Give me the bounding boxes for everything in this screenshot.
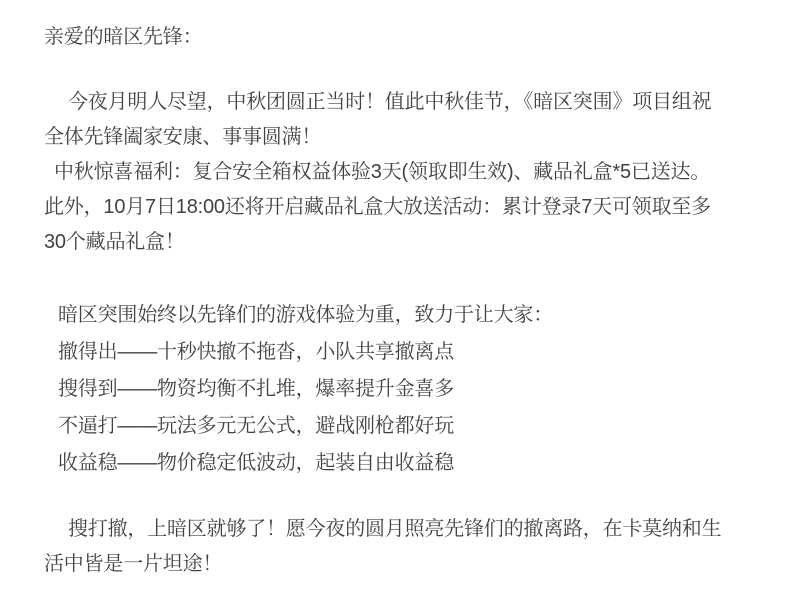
gameplay-values-list: 暗区突围始终以先锋们的游戏体验为重，致力于让大家： 撤得出——十秒快撤不拖沓，小…	[44, 297, 760, 482]
festival-greeting-paragraph: 今夜月明人尽望，中秋团圆正当时！值此中秋佳节，《暗区突围》项目组祝 全体先锋阖家…	[44, 85, 760, 260]
benefit-line: 中秋惊喜福利：复合安全箱权益体验3天(领取即生效)、藏品礼盒*5已送达。	[44, 155, 760, 190]
value-item-line: 收益稳——物价稳定低波动，起装自由收益稳	[44, 445, 760, 482]
value-item-line: 不逼打——玩法多元无公式，避战刚枪都好玩	[44, 408, 760, 445]
values-intro-line: 暗区突围始终以先锋们的游戏体验为重，致力于让大家：	[44, 297, 760, 334]
closing-line: 活中皆是一片坦途！	[44, 547, 760, 582]
salutation: 亲爱的暗区先锋：	[44, 20, 760, 55]
closing-paragraph: 搜打撤，上暗区就够了！愿今夜的圆月照亮先锋们的撤离路，在卡莫纳和生 活中皆是一片…	[44, 512, 760, 582]
salutation-line: 亲爱的暗区先锋：	[44, 20, 760, 55]
greeting-line: 全体先锋阖家安康、事事圆满！	[44, 120, 760, 155]
value-item-line: 搜得到——物资均衡不扎堆，爆率提升金喜多	[44, 371, 760, 408]
benefit-line: 此外，10月7日18:00还将开启藏品礼盒大放送活动：累计登录7天可领取至多	[44, 190, 760, 225]
greeting-line: 今夜月明人尽望，中秋团圆正当时！值此中秋佳节，《暗区突围》项目组祝	[44, 85, 760, 120]
announcement-document: 亲爱的暗区先锋： 今夜月明人尽望，中秋团圆正当时！值此中秋佳节，《暗区突围》项目…	[0, 0, 800, 597]
benefit-line: 30个藏品礼盒！	[44, 225, 760, 260]
closing-line: 搜打撤，上暗区就够了！愿今夜的圆月照亮先锋们的撤离路，在卡莫纳和生	[44, 512, 760, 547]
value-item-line: 撤得出——十秒快撤不拖沓，小队共享撤离点	[44, 334, 760, 371]
